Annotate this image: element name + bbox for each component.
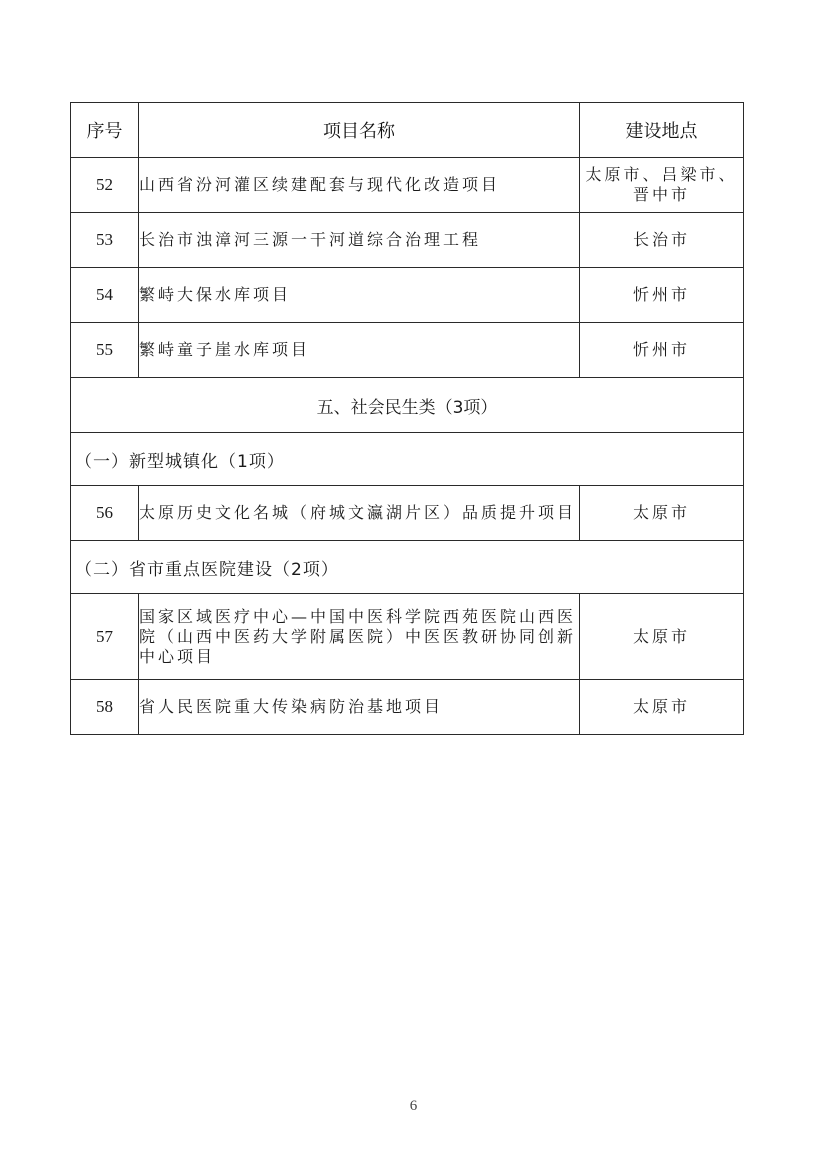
- row-number: 56: [71, 486, 139, 541]
- section-title: 五、社会民生类（3项）: [71, 378, 744, 433]
- project-name: 繁峙童子崖水库项目: [139, 323, 580, 378]
- table-row: 56 太原历史文化名城（府城文瀛湖片区）品质提升项目 太原市: [71, 486, 744, 541]
- project-name: 长治市浊漳河三源一干河道综合治理工程: [139, 213, 580, 268]
- row-number: 52: [71, 158, 139, 213]
- project-location: 忻州市: [580, 323, 744, 378]
- table-row: 55 繁峙童子崖水库项目 忻州市: [71, 323, 744, 378]
- table-header-row: 序号 项目名称 建设地点: [71, 103, 744, 158]
- project-name: 繁峙大保水库项目: [139, 268, 580, 323]
- project-name: 省人民医院重大传染病防治基地项目: [139, 680, 580, 735]
- section-row: 五、社会民生类（3项）: [71, 378, 744, 433]
- subsection-row: （二）省市重点医院建设（2项）: [71, 541, 744, 594]
- table-row: 57 国家区域医疗中心—中国中医科学院西苑医院山西医院（山西中医药大学附属医院）…: [71, 594, 744, 680]
- project-location: 太原市: [580, 486, 744, 541]
- header-location: 建设地点: [580, 103, 744, 158]
- project-location: 忻州市: [580, 268, 744, 323]
- header-number: 序号: [71, 103, 139, 158]
- page-number: 6: [0, 1098, 827, 1115]
- location-line: 晋中市: [633, 185, 690, 204]
- table-row: 54 繁峙大保水库项目 忻州市: [71, 268, 744, 323]
- subsection-row: （一）新型城镇化（1项）: [71, 433, 744, 486]
- header-project-name: 项目名称: [139, 103, 580, 158]
- project-location: 太原市、吕梁市、 晋中市: [580, 158, 744, 213]
- project-location: 太原市: [580, 680, 744, 735]
- row-number: 53: [71, 213, 139, 268]
- row-number: 57: [71, 594, 139, 680]
- project-location: 太原市: [580, 594, 744, 680]
- table-row: 58 省人民医院重大传染病防治基地项目 太原市: [71, 680, 744, 735]
- table-row: 53 长治市浊漳河三源一干河道综合治理工程 长治市: [71, 213, 744, 268]
- row-number: 58: [71, 680, 139, 735]
- project-name: 国家区域医疗中心—中国中医科学院西苑医院山西医院（山西中医药大学附属医院）中医医…: [139, 594, 580, 680]
- subsection-title: （二）省市重点医院建设（2项）: [71, 541, 744, 594]
- project-table: 序号 项目名称 建设地点 52 山西省汾河灌区续建配套与现代化改造项目 太原市、…: [70, 102, 744, 735]
- table-row: 52 山西省汾河灌区续建配套与现代化改造项目 太原市、吕梁市、 晋中市: [71, 158, 744, 213]
- project-name: 山西省汾河灌区续建配套与现代化改造项目: [139, 158, 580, 213]
- document-page: 序号 项目名称 建设地点 52 山西省汾河灌区续建配套与现代化改造项目 太原市、…: [0, 0, 827, 1169]
- project-location: 长治市: [580, 213, 744, 268]
- subsection-title: （一）新型城镇化（1项）: [71, 433, 744, 486]
- row-number: 54: [71, 268, 139, 323]
- row-number: 55: [71, 323, 139, 378]
- location-line: 太原市、吕梁市、: [585, 165, 737, 184]
- project-name: 太原历史文化名城（府城文瀛湖片区）品质提升项目: [139, 486, 580, 541]
